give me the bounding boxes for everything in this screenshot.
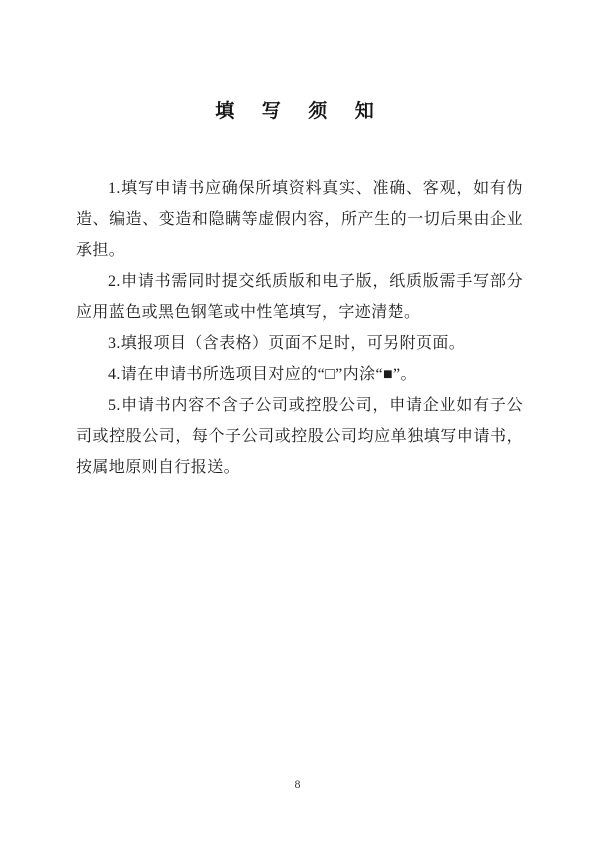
- document-page: 填 写 须 知 1.填写申请书应确保所填资料真实、准确、客观，如有伪造、编造、变…: [0, 0, 595, 841]
- instruction-paragraph-1: 1.填写申请书应确保所填资料真实、准确、客观，如有伪造、编造、变造和隐瞒等虚假内…: [76, 173, 523, 266]
- instruction-paragraph-4: 4.请在申请书所选项目对应的“□”内涂“■”。: [76, 359, 523, 390]
- instructions-body: 1.填写申请书应确保所填资料真实、准确、客观，如有伪造、编造、变造和隐瞒等虚假内…: [76, 173, 523, 483]
- page-number: 8: [0, 777, 595, 792]
- page-title: 填 写 须 知: [0, 96, 595, 123]
- instruction-paragraph-5: 5.申请书内容不含子公司或控股公司，申请企业如有子公司或控股公司，每个子公司或控…: [76, 390, 523, 483]
- instruction-paragraph-3: 3.填报项目（含表格）页面不足时，可另附页面。: [76, 328, 523, 359]
- instruction-paragraph-2: 2.申请书需同时提交纸质版和电子版，纸质版需手写部分应用蓝色或黑色钢笔或中性笔填…: [76, 266, 523, 328]
